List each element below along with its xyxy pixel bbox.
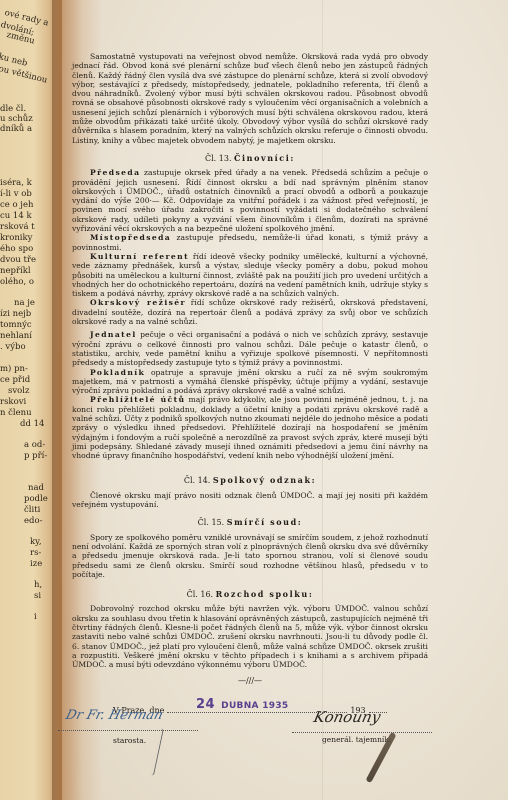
left-page-fragment: u schůz [0,114,33,125]
section-number: Čl. 16. [187,590,214,599]
term: Jednatel [90,330,137,339]
left-page-fragment: dvou tře [0,255,36,266]
left-page-fragment: rs- [30,548,41,559]
left-page-fragment: ky, [30,537,42,548]
term: Přehlížitelé účtů [90,395,185,404]
left-page-fragment: nehlaní [0,331,32,342]
left-page-fragment: p pří- [24,451,47,462]
left-page-fragment: ce o jeh [0,200,33,211]
paragraph-pokladnik: Pokladník opatruje a spravuje jmění okrs… [72,368,428,396]
term: Pokladník [90,368,145,377]
paragraph-odznak: Členové okrsku mají právo nositi odznak … [72,491,428,510]
paragraph-mistopredseda: Místopředseda zastupuje předsedu, nemůže… [72,233,428,252]
section-title: Smírčí soud: [227,517,303,527]
section-heading-15: Čl. 15. Smírčí soud: [72,518,428,527]
left-page-fragment: nepříkl [0,266,31,277]
term: Předseda [90,168,140,177]
left-page-fragment: edo- [24,516,42,527]
signature-line-tajemnik: Konouny [292,714,432,733]
left-page-fragment: m) pn- [0,364,28,375]
paragraph-smirci-soud: Spory ze spolkového poměru vzniklé urovn… [72,533,428,579]
section-heading-13: Čl. 13. Činovníci: [72,154,428,163]
section-heading-14: Čl. 14. Spolkový odznak: [72,476,428,485]
left-page-fragment: svolz [8,386,29,397]
section-title: Činovníci: [234,153,295,163]
left-page-fragment: si [34,591,41,602]
paragraph-okrskovy-reziser: Okrskový režisér řídí schůze okrskové ra… [72,298,428,326]
term: Místopředseda [90,233,171,242]
section-number: Čl. 13. [205,154,232,163]
paragraph-rozchod: Dobrovolný rozchod okrsku může býti navr… [72,604,428,669]
label-tajemnik: generál. tajemník. [322,735,391,744]
left-page-fragment: a od- [24,440,45,451]
document-page: Samostatně vystupovati na veřejnost obvo… [62,0,508,800]
left-page-fragment: olého, o [0,277,34,288]
left-page-fragment: ize [30,559,42,570]
signature-tajemnik: Konouny [312,708,382,726]
section-title: Spolkový odznak: [213,475,316,485]
left-page-fragment: n členu [0,408,32,419]
signature-starosta: Dr Fr. Herman [64,708,165,723]
left-page-fragment: dle čl. [0,104,26,115]
paragraph-text: zastupuje okrsek před úřady a na venek. … [72,168,428,233]
left-page-fragment: dd 14 [20,419,44,430]
left-page-fragment: iséra, k [0,178,32,189]
left-page-fragment: cu 14 k [0,211,32,222]
left-page-fragment: ce přid [0,375,30,386]
left-page-fragment: ízi nejb [0,309,31,320]
left-page-fragment: ého spo [0,244,33,255]
left-page-fragment: h, [34,580,42,591]
binding-fold-shadow [52,0,82,800]
document-body: Samostatně vystupovati na veřejnost obvo… [72,52,428,685]
section-heading-16: Čl. 16. Rozchod spolku: [72,590,428,599]
left-page-fragment: kroniky [0,233,32,244]
left-page-fragment: rskovi [0,397,26,408]
section-title: Rozchod spolku: [216,589,314,599]
section-number: Čl. 15. [198,518,225,527]
paragraph-predseda: Předseda zastupuje okrsek před úřady a n… [72,168,428,233]
signature-line-starosta: Dr Fr. Herman [58,712,198,731]
left-page-fragment: čliti [24,505,40,516]
paragraph-prehlizitele: Přehlížitelé účtů mají právo kdykoliv, a… [72,395,428,460]
term: Kulturní referent [90,252,189,261]
paragraph-kulturni-referent: Kulturní referent řídí ideově všecky pod… [72,252,428,298]
paragraph-jednatel: Jednatel pečuje o věci organisační a pod… [72,330,428,367]
left-page-fragment: dníků a [0,124,32,135]
left-page-fragment: nad [28,483,44,494]
end-separator: —///— [72,676,428,685]
label-starosta: starosta. [113,736,146,745]
paragraph-text: mají právo kdykoliv, ale jsou povinni ne… [72,395,428,460]
intro-paragraph: Samostatně vystupovati na veřejnost obvo… [72,52,428,145]
left-page-fragment: rsková t [0,222,35,233]
term: Okrskový režisér [90,298,186,307]
left-page-fragment: í-li v ob [0,189,32,200]
section-number: Čl. 14. [184,476,211,485]
left-page-fragment: . výbo [0,342,26,353]
left-page-fragment: podle [24,494,48,505]
left-page-fragment: tomnýc [0,320,32,331]
left-page-fragment: na je [14,298,35,309]
left-page-fragment: i [34,612,37,623]
